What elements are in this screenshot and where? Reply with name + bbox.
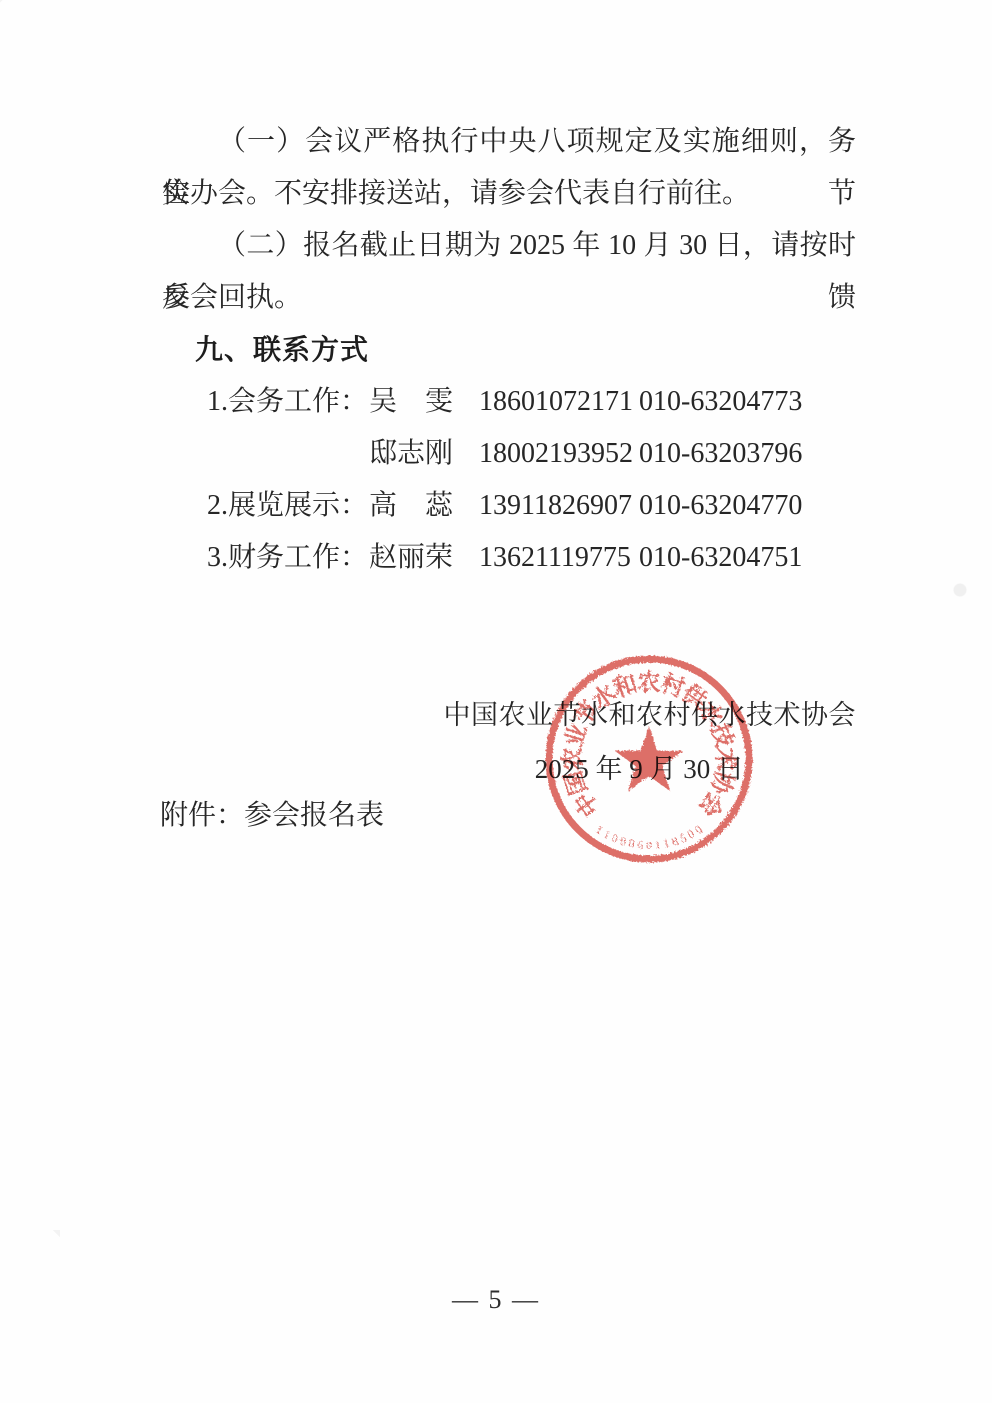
contact-telephone-number: 010-63203796 (639, 428, 802, 480)
paragraph-2-line-1: （二）报名截止日期为 2025 年 10 月 30 日，请按时反馈 (162, 220, 856, 272)
contact-mobile-number: 13621119775 (479, 532, 635, 584)
document-page: （一）会议严格执行中央八项规定及实施细则，务实节 俭办会。不安排接送站，请参会代… (0, 0, 992, 1403)
paragraph-1-line-1: （一）会议严格执行中央八项规定及实施细则，务实节 (162, 116, 856, 168)
svg-text:0: 0 (646, 840, 652, 852)
contact-label (207, 428, 369, 480)
svg-text:0: 0 (609, 832, 619, 845)
contact-label: 3.财务工作： (207, 532, 369, 584)
attachment-label: 附件： (160, 800, 244, 831)
svg-text:1: 1 (654, 839, 661, 852)
page-number: — 5 — (0, 1279, 992, 1321)
contact-row-conference-2: 邸志刚 18002193952 010-63203796 (162, 428, 856, 480)
contact-row-exhibition: 2.展览展示： 高 蕊 13911826907 010-63204770 (162, 480, 856, 532)
contact-person-name: 高 蕊 (369, 480, 465, 532)
star-icon (615, 726, 683, 791)
contact-row-conference: 1.会务工作： 吴 雯 18601072171 010-63204773 (162, 376, 856, 428)
contact-telephone-number: 010-63204770 (639, 480, 802, 532)
contact-telephone-number: 010-63204751 (639, 532, 802, 584)
document-body: （一）会议严格执行中央八项规定及实施细则，务实节 俭办会。不安排接送站，请参会代… (162, 116, 856, 584)
svg-text:6: 6 (637, 839, 644, 852)
contact-label: 2.展览展示： (207, 480, 369, 532)
svg-text:1: 1 (663, 838, 671, 851)
contact-person-name: 赵丽荣 (369, 532, 465, 584)
svg-text:0: 0 (693, 824, 705, 837)
section-heading-contacts: 九、联系方式 (162, 324, 856, 376)
contact-telephone-number: 010-63204773 (639, 376, 802, 428)
contact-row-finance: 3.财务工作： 赵丽荣 13621119775 010-63204751 (162, 532, 856, 584)
contact-person-name: 邸志刚 (369, 428, 465, 480)
svg-text:0: 0 (618, 835, 627, 848)
svg-text:8: 8 (671, 835, 680, 848)
attachment-value: 参会报名表 (244, 800, 384, 831)
contact-mobile-number: 13911826907 (479, 480, 635, 532)
svg-text:0: 0 (627, 838, 635, 851)
contact-label: 1.会务工作： (207, 376, 369, 428)
contact-mobile-number: 18601072171 (479, 376, 635, 428)
contact-mobile-number: 18002193952 (479, 428, 635, 480)
official-seal-stamp: 中国农业节水和农村供水技术协会 1100060118500 (538, 650, 760, 872)
contact-person-name: 吴 雯 (369, 376, 465, 428)
attachment-note: 附件：参会报名表 (160, 795, 384, 837)
